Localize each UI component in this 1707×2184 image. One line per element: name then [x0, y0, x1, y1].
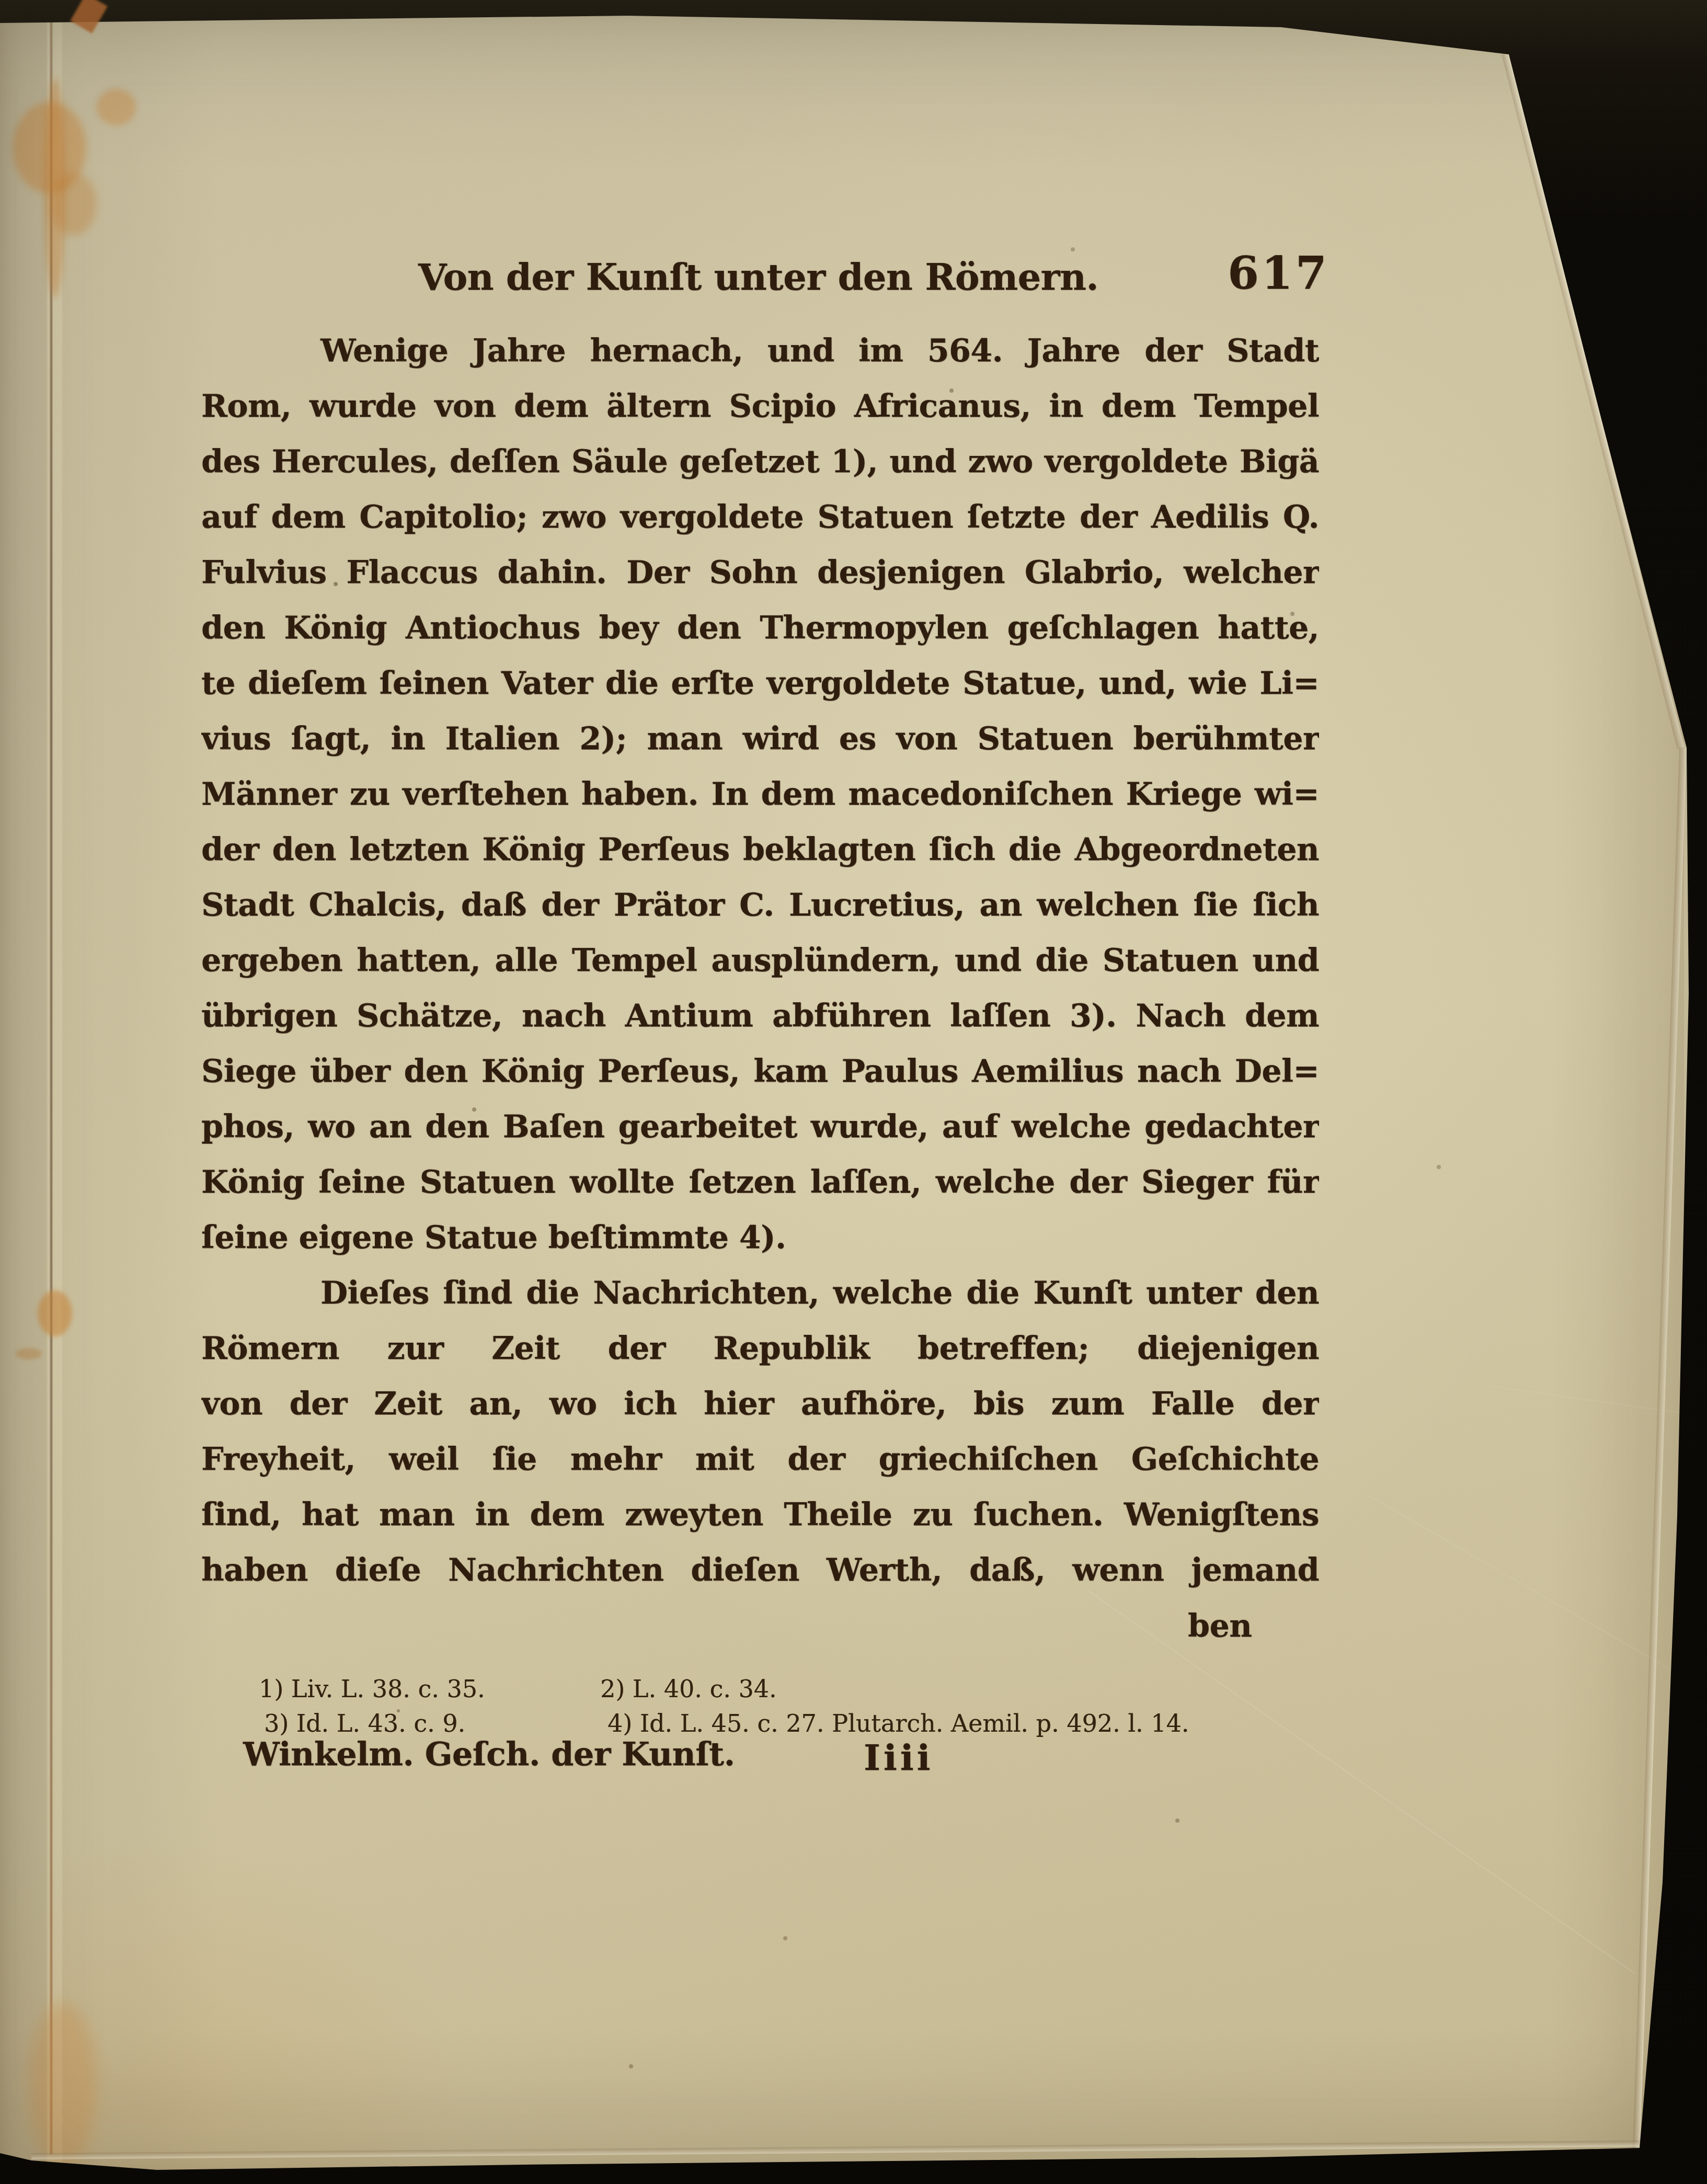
stain-gutter-tail: [50, 173, 97, 235]
page-number: 617: [1228, 247, 1330, 300]
text-line: Männer zu verſtehen haben. In dem macedo…: [201, 767, 1319, 822]
stain-gutter-bottom-glow: [29, 2003, 97, 2170]
text-line: vius ſagt, in Italien 2); man wird es vo…: [201, 711, 1319, 767]
scan-photo-background: Von der Kunſt unter den Römern. 617 Weni…: [0, 0, 1707, 2184]
text-line: der den letzten König Perſeus beklagten …: [201, 822, 1319, 877]
crease-line-lower-right-short: [1369, 1495, 1678, 1674]
text-line: Siege über den König Perſeus, kam Paulus…: [201, 1044, 1319, 1099]
signature-mark: Iiii: [864, 1737, 933, 1779]
text-line: Fulvius Flaccus dahin. Der Sohn desjenig…: [201, 545, 1319, 600]
footnote-1: 1) Liv. L. 38. c. 35.: [259, 1673, 485, 1705]
paper-specks: [0, 0, 2, 2]
text-line: übrigen Schätze, nach Antium abführen la…: [201, 988, 1319, 1044]
colophon-abbrev: Winkelm. Geſch. der Kunſt.: [243, 1735, 735, 1773]
page-edge-highlight-bottom: [31, 2141, 1640, 2159]
text-line: Römern zur Zeit der Republik betreffen; …: [201, 1321, 1319, 1376]
catchword: ben: [1188, 1610, 1252, 1642]
stain-left-margin-dash: [16, 1348, 42, 1359]
text-line: Stadt Chalcis, daß der Prätor C. Lucreti…: [201, 877, 1319, 933]
text-line: Wenige Jahre hernach, und im 564. Jahre …: [201, 323, 1319, 379]
text-line: Dieſes ſind die Nachrichten, welche die …: [201, 1265, 1319, 1321]
text-line: Rom, wurde von dem ältern Scipio African…: [201, 379, 1319, 434]
text-line: des Hercules, deſſen Säule geſetzet 1), …: [201, 434, 1319, 489]
text-line: den König Antiochus bey den Thermopylen …: [201, 600, 1319, 656]
page-edge-highlight-upper-right: [1502, 53, 1685, 749]
footnote-4: 4) Id. L. 45. c. 27. Plutarch. Aemil. p.…: [608, 1708, 1189, 1739]
text-line: haben dieſe Nachrichten dieſen Werth, da…: [201, 1542, 1319, 1598]
text-block: Wenige Jahre hernach, und im 564. Jahre …: [201, 323, 1319, 1598]
text-line: auf dem Capitolio; zwo vergoldete Statue…: [201, 489, 1319, 545]
text-line: te dieſem ſeinen Vater die erſte vergold…: [201, 656, 1319, 711]
footnote-3: 3) Id. L. 43. c. 9.: [264, 1708, 465, 1739]
text-line: ſind, hat man in dem zweyten Theile zu ſ…: [201, 1487, 1319, 1542]
footnote-2: 2) L. 40. c. 34.: [600, 1673, 777, 1705]
text-line: phos, wo an den Baſen gearbeitet wurde, …: [201, 1099, 1319, 1154]
gutter-crease: [50, 21, 52, 2154]
running-title: Von der Kunſt unter den Römern.: [418, 255, 1098, 299]
page-edge-highlight-lower-right: [1633, 748, 1687, 2148]
crease-line-lower-right-long: [1087, 1590, 1636, 1974]
text-line: Freyheit, weil ſie mehr mit der griechiſ…: [201, 1432, 1319, 1487]
stain-gutter-middle-spot: [38, 1290, 72, 1336]
text-line: König ſeine Statuen wollte ſetzen laſſen…: [201, 1154, 1319, 1210]
text-line: ſeine eigene Statue beſtimmte 4).: [201, 1210, 1319, 1265]
text-line: von der Zeit an, wo ich hier aufhöre, bi…: [201, 1376, 1319, 1432]
book-page: Von der Kunſt unter den Römern. 617 Weni…: [0, 0, 1707, 2184]
text-line: ergeben hatten, alle Tempel ausplündern,…: [201, 933, 1319, 988]
stain-top-left-secondary: [97, 89, 136, 125]
